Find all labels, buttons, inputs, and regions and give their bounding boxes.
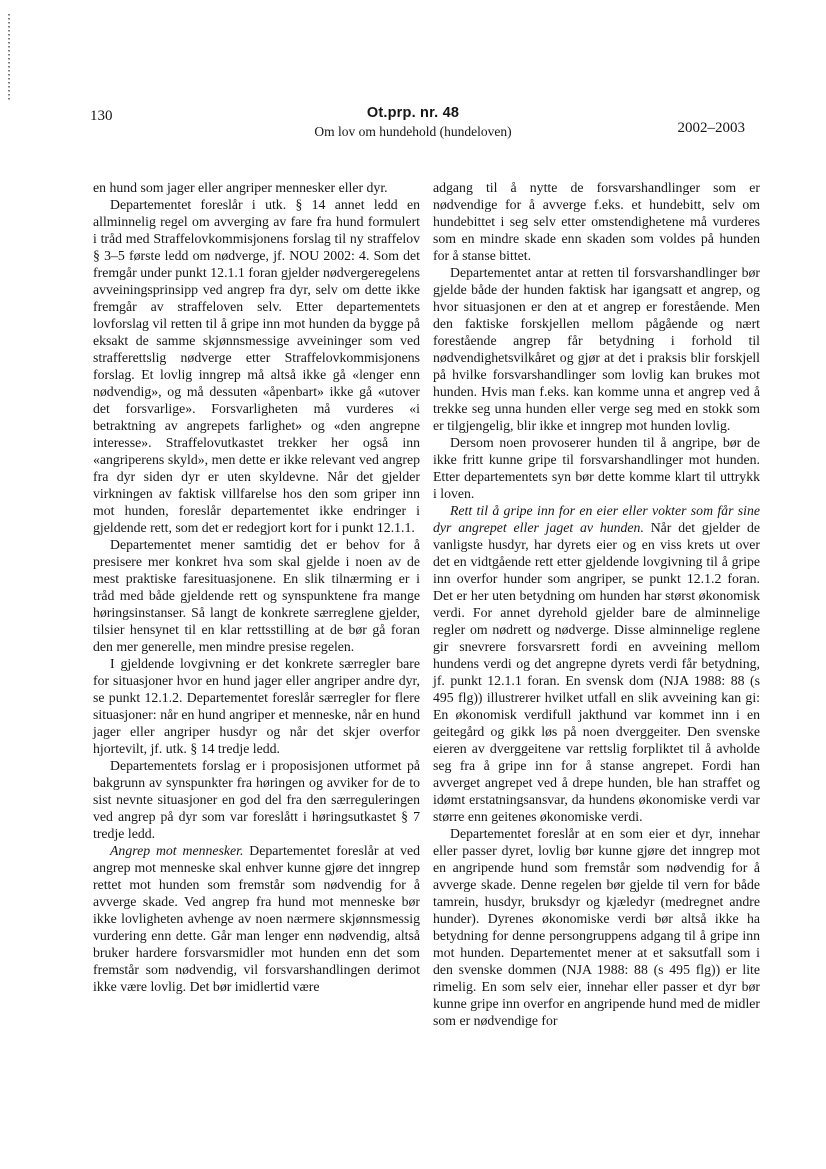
document-title: Ot.prp. nr. 48	[0, 105, 826, 121]
publication-year: 2002–2003	[678, 120, 746, 137]
paragraph: Angrep mot mennesker. Departementet fore…	[93, 842, 420, 995]
italic-lead: Angrep mot mennesker.	[110, 843, 243, 858]
paragraph: Rett til å gripe inn for en eier eller v…	[433, 502, 760, 825]
paragraph: Dersom noen provoserer hunden til å angr…	[433, 434, 760, 502]
paragraph: Departementet mener samtidig det er beho…	[93, 536, 420, 655]
left-column: en hund som jager eller angriper mennesk…	[93, 179, 420, 1029]
paragraph: adgang til å nytte de forsvarshandlinger…	[433, 179, 760, 264]
paragraph: Departementet foreslår i utk. § 14 annet…	[93, 196, 420, 536]
paragraph: en hund som jager eller angriper mennesk…	[93, 179, 420, 196]
document-page: 130 Ot.prp. nr. 48 Om lov om hundehold (…	[0, 0, 826, 1169]
two-column-body: en hund som jager eller angriper mennesk…	[93, 179, 760, 1029]
italic-lead: Rett til å gripe inn for en eier eller v…	[433, 503, 760, 535]
paragraph: Departementet antar at retten til forsva…	[433, 264, 760, 434]
paragraph: Departementet foreslår at en som eier et…	[433, 825, 760, 1029]
paragraph: Departementets forslag er i proposisjone…	[93, 757, 420, 842]
right-column: adgang til å nytte de forsvarshandlinger…	[433, 179, 760, 1029]
scan-artifact-dotted-line	[8, 14, 10, 100]
paragraph: I gjeldende lovgivning er det konkrete s…	[93, 655, 420, 757]
